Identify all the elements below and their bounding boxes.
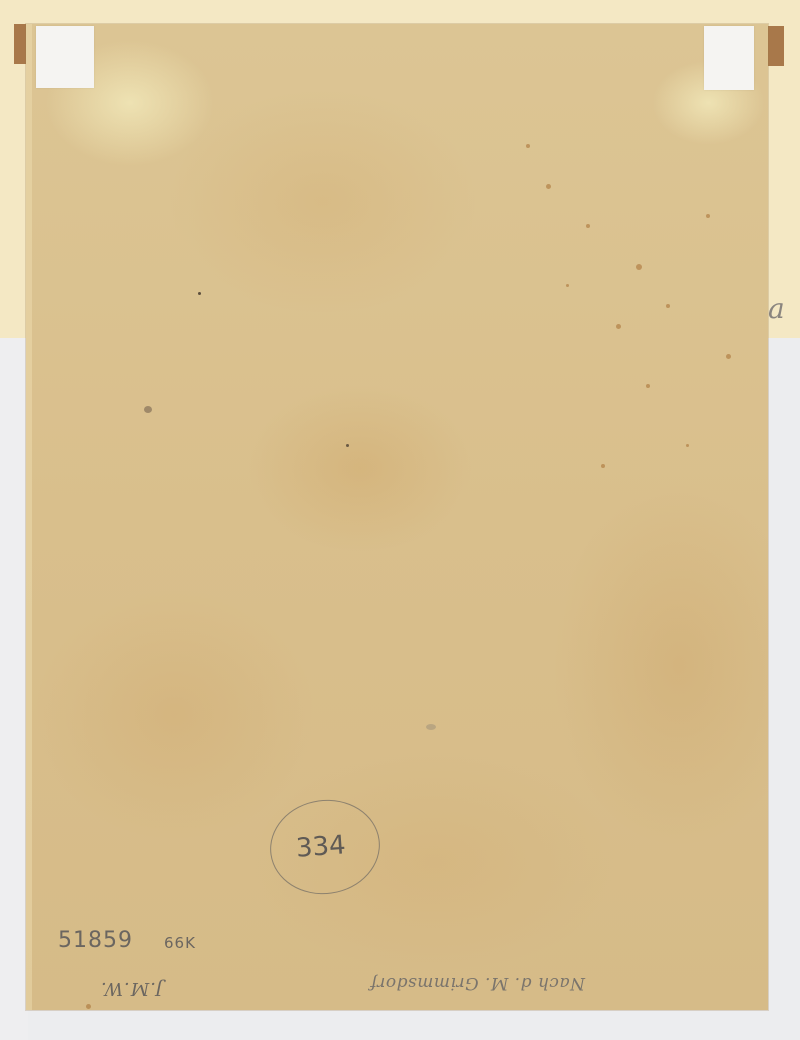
- inventory-number: 51859: [58, 928, 133, 953]
- right-tape-hinge: [704, 26, 754, 90]
- foxing-spot: [426, 724, 436, 730]
- foxing-spot: [198, 292, 201, 295]
- upside-down-initials: J.M.W.: [100, 978, 163, 999]
- foxing-spot: [86, 1004, 91, 1009]
- foxing-spot: [636, 264, 642, 270]
- foxing-spot: [666, 304, 670, 308]
- foxing-spot: [346, 444, 349, 447]
- foxing-spot: [646, 384, 650, 388]
- left-tape-hinge: [36, 26, 94, 88]
- margin-pencil-mark: a: [768, 292, 785, 325]
- circled-number: 334: [295, 830, 347, 863]
- foxing-spot: [546, 184, 551, 189]
- foxing-spot: [144, 406, 152, 413]
- sheet-edge: [26, 24, 32, 1010]
- foxing-spot: [601, 464, 605, 468]
- upside-down-inscription: Nach d. M. Grimmsdorf: [370, 973, 585, 993]
- foxing-spot: [616, 324, 621, 329]
- foxing-spot: [566, 284, 569, 287]
- foxing-spot: [586, 224, 590, 228]
- foxing-spot: [526, 144, 530, 148]
- foxing-spot: [686, 444, 689, 447]
- foxing-spot: [726, 354, 731, 359]
- inventory-code: 66K: [164, 934, 196, 952]
- foxing-spot: [706, 214, 710, 218]
- backing-strip: [0, 338, 28, 1040]
- aged-paper-sheet: [26, 24, 768, 1010]
